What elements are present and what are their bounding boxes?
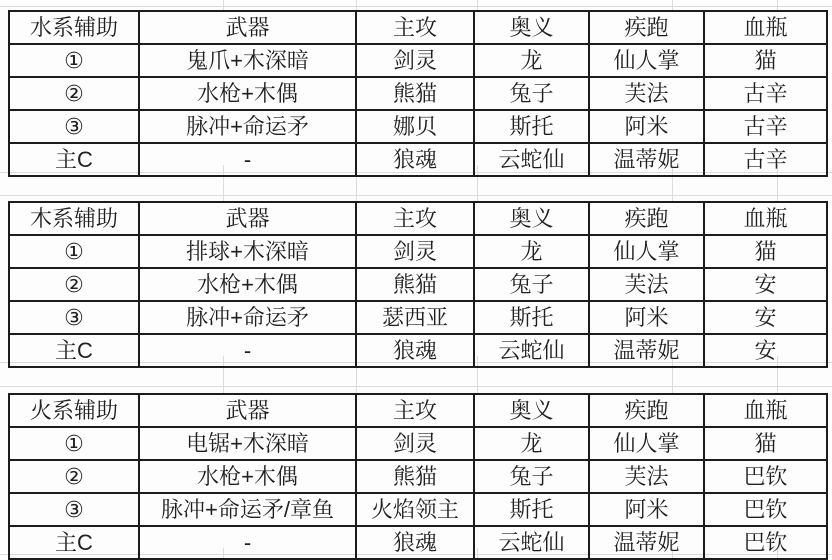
table-row: ③ 脉冲+命运矛 瑟西亚 斯托 阿米 安 xyxy=(9,301,827,334)
table-cell: 芙法 xyxy=(589,460,704,493)
gridline-h xyxy=(0,386,832,387)
table-cell: 水枪+木偶 xyxy=(139,268,356,301)
table-cell: 云蛇仙 xyxy=(474,334,589,367)
table-cell: 古辛 xyxy=(704,110,827,143)
table-cell: 兔子 xyxy=(474,460,589,493)
table-cell: 火焰领主 xyxy=(356,493,474,526)
table-cell: 娜贝 xyxy=(356,110,474,143)
row-label: ① xyxy=(9,427,139,460)
table-cell: 熊猫 xyxy=(356,77,474,110)
row-label: ② xyxy=(9,77,139,110)
gridline-v xyxy=(477,0,478,10)
table-cell: 剑灵 xyxy=(356,427,474,460)
table-cell: 猫 xyxy=(704,427,827,460)
table-cell: 安 xyxy=(704,334,827,367)
header-row: 木系辅助 武器 主攻 奥义 疾跑 血瓶 xyxy=(9,202,827,235)
table-cell: 龙 xyxy=(474,427,589,460)
row-label: ③ xyxy=(9,301,139,334)
table-cell: 阿米 xyxy=(589,301,704,334)
wood-support-table: 木系辅助 武器 主攻 奥义 疾跑 血瓶 ① 排球+木深暗 剑灵 龙 仙人掌 猫 … xyxy=(8,201,828,368)
table-cell: 斯托 xyxy=(474,493,589,526)
table-row: ② 水枪+木偶 熊猫 兔子 芙法 巴钦 xyxy=(9,460,827,493)
table-cell: 龙 xyxy=(474,235,589,268)
table-cell: 电锯+木深暗 xyxy=(139,427,356,460)
table-cell: 狼魂 xyxy=(356,526,474,559)
table-cell: 芙法 xyxy=(589,77,704,110)
table-row: ① 排球+木深暗 剑灵 龙 仙人掌 猫 xyxy=(9,235,827,268)
row-label: 主C xyxy=(9,334,139,367)
water-support-table: 水系辅助 武器 主攻 奥义 疾跑 血瓶 ① 鬼爪+木深暗 剑灵 龙 仙人掌 猫 … xyxy=(8,10,828,177)
table-cell: 芙法 xyxy=(589,268,704,301)
table-cell: 温蒂妮 xyxy=(589,143,704,176)
table-title: 火系辅助 xyxy=(9,394,139,427)
row-label: ③ xyxy=(9,110,139,143)
table-cell: - xyxy=(139,526,356,559)
table-row: ② 水枪+木偶 熊猫 兔子 芙法 安 xyxy=(9,268,827,301)
column-header: 奥义 xyxy=(474,394,589,427)
table-cell: 阿米 xyxy=(589,110,704,143)
header-row: 火系辅助 武器 主攻 奥义 疾跑 血瓶 xyxy=(9,394,827,427)
table-row: ② 水枪+木偶 熊猫 兔子 芙法 古辛 xyxy=(9,77,827,110)
table-cell: 水枪+木偶 xyxy=(139,460,356,493)
table-cell: 剑灵 xyxy=(356,235,474,268)
row-label: 主C xyxy=(9,526,139,559)
column-header: 主攻 xyxy=(356,202,474,235)
table-cell: 云蛇仙 xyxy=(474,526,589,559)
column-header: 武器 xyxy=(139,11,356,44)
table-cell: 兔子 xyxy=(474,268,589,301)
table-cell: 古辛 xyxy=(704,77,827,110)
table-cell: 斯托 xyxy=(474,301,589,334)
table-cell: 龙 xyxy=(474,44,589,77)
gridline-h xyxy=(0,6,832,7)
table-cell: 排球+木深暗 xyxy=(139,235,356,268)
column-header: 主攻 xyxy=(356,11,474,44)
table-title: 水系辅助 xyxy=(9,11,139,44)
row-label: ② xyxy=(9,268,139,301)
table-cell: 巴钦 xyxy=(704,460,827,493)
column-header: 疾跑 xyxy=(589,394,704,427)
column-header: 武器 xyxy=(139,394,356,427)
table-cell: 安 xyxy=(704,301,827,334)
table-cell: 熊猫 xyxy=(356,268,474,301)
table-cell: - xyxy=(139,143,356,176)
row-label: ① xyxy=(9,44,139,77)
column-header: 武器 xyxy=(139,202,356,235)
row-label: ② xyxy=(9,460,139,493)
table-row: ① 电锯+木深暗 剑灵 龙 仙人掌 猫 xyxy=(9,427,827,460)
column-header: 主攻 xyxy=(356,394,474,427)
table-cell: 脉冲+命运矛 xyxy=(139,110,356,143)
table-cell: 狼魂 xyxy=(356,143,474,176)
table-cell: 水枪+木偶 xyxy=(139,77,356,110)
table-row: ③ 脉冲+命运矛 娜贝 斯托 阿米 古辛 xyxy=(9,110,827,143)
header-row: 水系辅助 武器 主攻 奥义 疾跑 血瓶 xyxy=(9,11,827,44)
table-cell: - xyxy=(139,334,356,367)
table-cell: 兔子 xyxy=(474,77,589,110)
row-label: ① xyxy=(9,235,139,268)
table-row: ③ 脉冲+命运矛/章鱼 火焰领主 斯托 阿米 巴钦 xyxy=(9,493,827,526)
table-cell: 仙人掌 xyxy=(589,427,704,460)
table-cell: 阿米 xyxy=(589,493,704,526)
column-header: 疾跑 xyxy=(589,202,704,235)
table-cell: 脉冲+命运矛 xyxy=(139,301,356,334)
column-header: 疾跑 xyxy=(589,11,704,44)
table-cell: 安 xyxy=(704,268,827,301)
table-cell: 温蒂妮 xyxy=(589,526,704,559)
table-row: 主C - 狼魂 云蛇仙 温蒂妮 巴钦 xyxy=(9,526,827,559)
gridline-v xyxy=(356,0,357,10)
table-cell: 斯托 xyxy=(474,110,589,143)
table-cell: 仙人掌 xyxy=(589,44,704,77)
column-header: 奥义 xyxy=(474,11,589,44)
table-cell: 鬼爪+木深暗 xyxy=(139,44,356,77)
table-cell: 温蒂妮 xyxy=(589,334,704,367)
table-row: ① 鬼爪+木深暗 剑灵 龙 仙人掌 猫 xyxy=(9,44,827,77)
table-cell: 猫 xyxy=(704,235,827,268)
gridline-v xyxy=(223,0,224,10)
table-cell: 巴钦 xyxy=(704,493,827,526)
column-header: 血瓶 xyxy=(704,11,827,44)
column-header: 血瓶 xyxy=(704,394,827,427)
table-cell: 古辛 xyxy=(704,143,827,176)
row-label: 主C xyxy=(9,143,139,176)
table-row: 主C - 狼魂 云蛇仙 温蒂妮 古辛 xyxy=(9,143,827,176)
table-title: 木系辅助 xyxy=(9,202,139,235)
table-cell: 狼魂 xyxy=(356,334,474,367)
gridline-v xyxy=(672,0,673,10)
table-cell: 猫 xyxy=(704,44,827,77)
column-header: 奥义 xyxy=(474,202,589,235)
table-row: 主C - 狼魂 云蛇仙 温蒂妮 安 xyxy=(9,334,827,367)
table-cell: 云蛇仙 xyxy=(474,143,589,176)
table-cell: 巴钦 xyxy=(704,526,827,559)
table-cell: 剑灵 xyxy=(356,44,474,77)
gridline-h xyxy=(0,195,832,196)
table-cell: 脉冲+命运矛/章鱼 xyxy=(139,493,356,526)
column-header: 血瓶 xyxy=(704,202,827,235)
table-cell: 仙人掌 xyxy=(589,235,704,268)
fire-support-table: 火系辅助 武器 主攻 奥义 疾跑 血瓶 ① 电锯+木深暗 剑灵 龙 仙人掌 猫 … xyxy=(8,393,828,560)
table-cell: 熊猫 xyxy=(356,460,474,493)
row-label: ③ xyxy=(9,493,139,526)
table-cell: 瑟西亚 xyxy=(356,301,474,334)
gridline-v xyxy=(777,0,778,10)
